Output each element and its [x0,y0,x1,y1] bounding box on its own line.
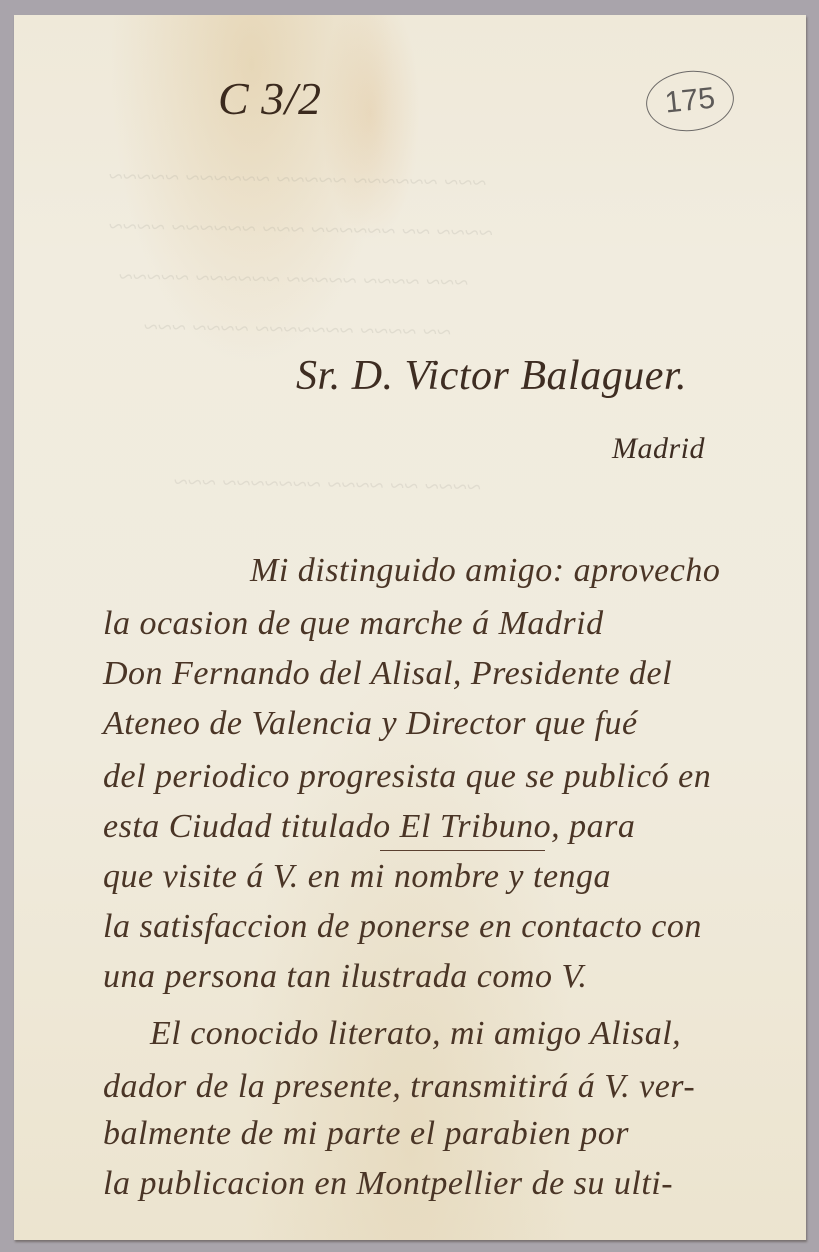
body-line-2: la ocasion de que marche á Madrid [103,605,604,643]
body-line-4: Ateneo de Valencia y Director que fué [103,705,638,743]
body-line-10: El conocido literato, mi amigo Alisal, [150,1015,681,1053]
body-line-11: dador de la presente, transmitirá á V. v… [103,1068,695,1106]
bleed-through-text: ~~~~ ~~ ~~~~~~ ~~~ ~~~~~~ ~~~~ [109,212,494,249]
bleed-through-text: ~~~~ ~~ ~~~~ ~~~~~~~ ~~~ [174,467,482,502]
body-line-1: Mi distinguido amigo: aprovecho [250,552,720,590]
body-line-8: la satisfaccion de ponerse en contacto c… [103,908,702,946]
folio-number: 175 [663,81,716,120]
body-line-9: una persona tan ilustrada como V. [103,958,587,996]
title-underline [380,850,545,851]
bleed-through-text: ~~~ ~~~~ ~~~~~ ~~~~~~ ~~~~~ [119,262,469,298]
addressee-city: Madrid [612,432,705,466]
archive-mark: C 3/2 [218,72,321,125]
body-line-3: Don Fernando del Alisal, Presidente del [103,655,672,693]
addressee: Sr. D. Victor Balaguer. [296,352,687,400]
body-line-5: del periodico progresista que se publicó… [103,758,711,796]
body-line-7: que visite á V. en mi nombre y tenga [103,858,611,896]
bleed-through-text: ~~~ ~~~~~~ ~~~~~ ~~~~~~ ~~~~~ [109,162,487,199]
body-line-6-text: esta Ciudad titulado El Tribuno, para [103,808,635,845]
body-line-6: esta Ciudad titulado El Tribuno, para [103,808,635,846]
body-line-13: la publicacion en Montpellier de su ulti… [103,1165,673,1203]
body-line-12: balmente de mi parte el parabien por [103,1115,629,1153]
bleed-through-text: ~~ ~~~~ ~~~~~~~ ~~~~ ~~~ [144,312,452,347]
